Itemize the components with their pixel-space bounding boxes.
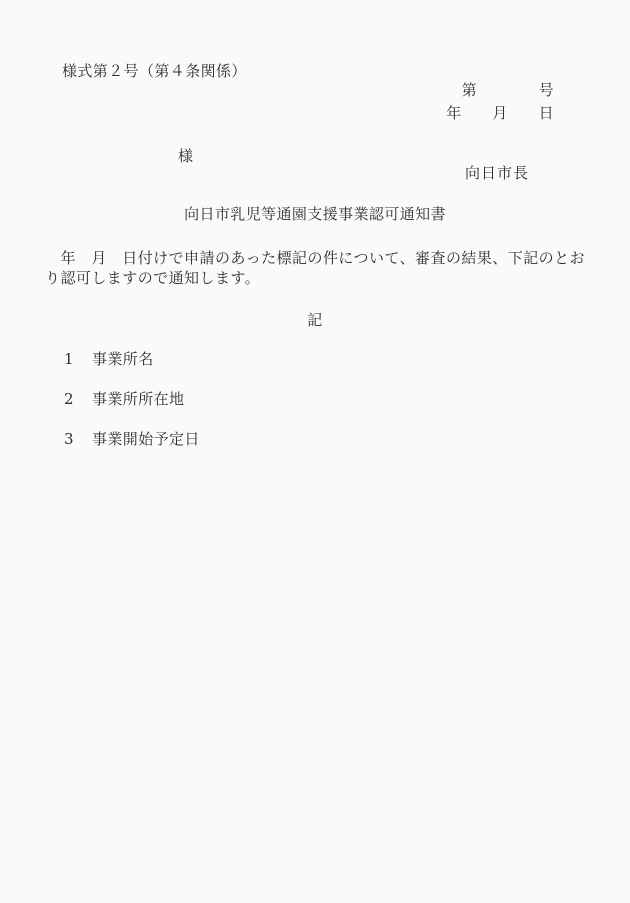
body-line-1: 年 月 日付けで申請のあった標記の件について、審査の結果、下記のとお bbox=[45, 251, 586, 271]
form-number-label: 様式第２号（第４条関係） bbox=[62, 64, 247, 79]
list-item-number: 1 bbox=[64, 352, 92, 367]
list-item-number: 2 bbox=[64, 392, 92, 407]
document-page: 様式第２号（第４条関係） 第 号 年 月 日 様 向日市長 向日市乳児等通園支援… bbox=[0, 0, 630, 903]
list-item-label: 事業所所在地 bbox=[92, 390, 184, 408]
list-item-label: 事業所名 bbox=[92, 350, 154, 368]
list-item-number: 3 bbox=[64, 432, 92, 447]
doc-number-block: 第 号 年 月 日 bbox=[446, 83, 554, 121]
list-item-label: 事業開始予定日 bbox=[92, 430, 200, 448]
document-title: 向日市乳児等通園支援事業認可通知書 bbox=[0, 207, 630, 222]
body-paragraph: 年 月 日付けで申請のあった標記の件について、審査の結果、下記のとお り認可しま… bbox=[45, 251, 586, 291]
recipient-honorific: 様 bbox=[178, 149, 193, 164]
doc-number-line: 第 号 bbox=[446, 83, 554, 98]
list-item: 1事業所名 bbox=[64, 352, 154, 367]
list-item: 2事業所所在地 bbox=[64, 392, 184, 407]
record-marker: 記 bbox=[0, 313, 630, 328]
sender-name: 向日市長 bbox=[465, 166, 529, 181]
date-line: 年 月 日 bbox=[446, 106, 554, 121]
list-item: 3事業開始予定日 bbox=[64, 432, 200, 447]
body-line-2: り認可しますので通知します。 bbox=[45, 271, 586, 291]
